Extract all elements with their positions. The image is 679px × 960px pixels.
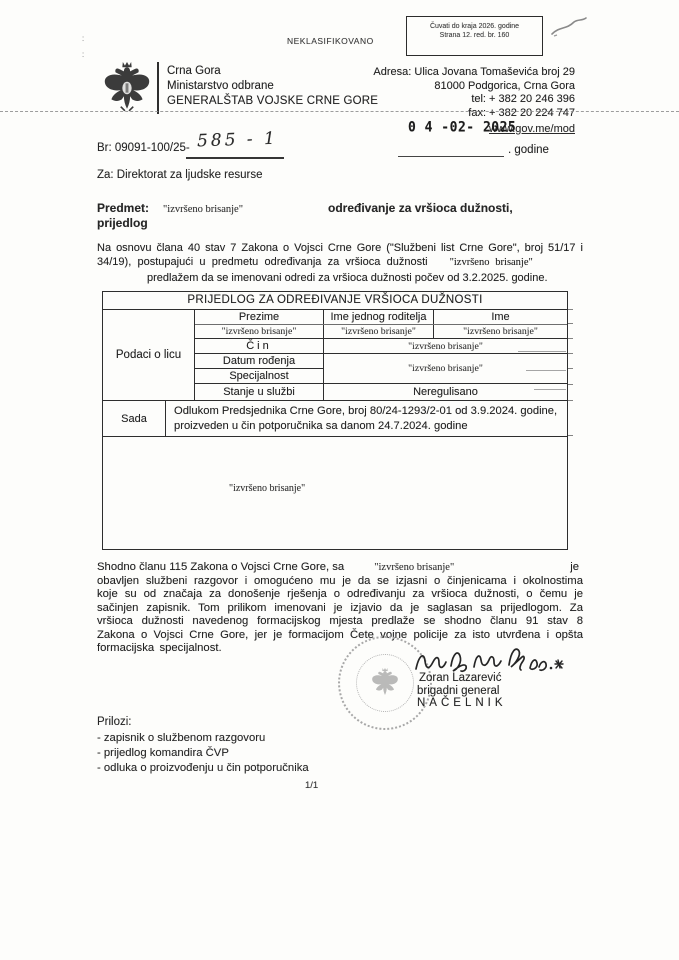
letterhead-divider xyxy=(157,62,159,114)
table-title: PRIJEDLOG ZA ODREĐIVANJE VRŠIOCA DUŽNOST… xyxy=(103,292,567,310)
subject-title: određivanje za vršioca dužnosti, xyxy=(328,201,513,215)
intro-line-2: 34/19), postupajući u predmetu određivan… xyxy=(97,255,583,270)
attachment-item: - prijedlog komandira ČVP xyxy=(97,747,229,759)
recipient-line: Za: Direktorat za ljudske resurse xyxy=(97,169,263,181)
date-suffix: . godine xyxy=(508,144,549,156)
city-line: 81000 Podgorica, Crna Gora xyxy=(320,80,575,94)
intro-paragraph: Na osnovu člana 40 stav 7 Zakona o Vojsc… xyxy=(97,241,583,285)
handwritten-reference-number: 585 - 1 xyxy=(197,129,278,152)
table-person-data-label: Podaci o licu xyxy=(103,310,195,400)
table-note-cell: "izvršeno brisanje" xyxy=(103,436,567,549)
subject-title-line2: prijedlog xyxy=(97,216,148,230)
date-blank-line xyxy=(398,156,504,157)
header-surname: Prezime xyxy=(195,310,323,324)
scan-artifact-line xyxy=(568,338,573,339)
coat-of-arms-icon xyxy=(101,61,153,115)
body-line-1-start: Shodno članu 115 Zakona o Vojsci Crne Go… xyxy=(97,561,344,575)
body-line-1-end: je xyxy=(570,561,583,575)
scan-artifact-line xyxy=(526,370,566,371)
pen-mark-icon xyxy=(548,14,594,42)
body-line-1-redaction: "izvršeno brisanje" xyxy=(374,561,454,575)
stamp-inner-ring xyxy=(356,654,414,712)
body-line-1: Shodno članu 115 Zakona o Vojsci Crne Go… xyxy=(97,561,583,575)
table-birth-specialty-rows: Datum rođenja Specijalnost "izvršeno bri… xyxy=(195,354,567,384)
header-parent-name: Ime jednog roditelja xyxy=(323,310,433,324)
scan-artifact-line xyxy=(568,435,573,436)
attachment-item: - zapisnik o službenom razgovoru xyxy=(97,732,265,744)
table-service-row: Stanje u službi Neregulisano xyxy=(195,384,567,400)
subject-label: Predmet: xyxy=(97,201,149,215)
rank-label: Čin xyxy=(195,339,323,353)
scan-artifact-line xyxy=(568,353,573,354)
scan-artifact-line xyxy=(518,351,566,352)
fax-line: fax: + 382 20 224 747 xyxy=(320,107,575,121)
reference-number-label: Br: 09091-100/25- xyxy=(97,142,190,154)
value-parent-name: "izvršeno brisanje" xyxy=(323,325,433,338)
signatory-rank: brigadni general xyxy=(417,685,499,697)
table-header-row: Prezime Ime jednog roditelja Ime xyxy=(195,310,567,325)
signatory-title: NAČELNIK xyxy=(417,697,507,709)
scan-artifact-line xyxy=(568,384,573,385)
scan-artifact-line xyxy=(568,323,573,324)
tel-line: tel: + 382 20 246 396 xyxy=(320,93,575,107)
birth-specialty-value: "izvršeno brisanje" xyxy=(323,354,567,383)
subject-redaction: "izvršeno brisanje" xyxy=(163,204,243,215)
stamp-coat-of-arms-icon xyxy=(370,667,400,699)
signatory-name: Zoran Lazarević xyxy=(419,672,501,684)
service-status-label: Stanje u službi xyxy=(195,384,323,400)
scan-speck: : xyxy=(82,50,84,59)
value-first-name: "izvršeno brisanje" xyxy=(433,325,567,338)
retention-line-2: Strana 12. red. br. 160 xyxy=(407,31,542,40)
table-values-row: "izvršeno brisanje" "izvršeno brisanje" … xyxy=(195,325,567,339)
page-number: 1/1 xyxy=(305,780,318,791)
retention-line-1: Čuvati do kraja 2026. godine xyxy=(407,22,542,31)
intro-line-3: predlažem da se imenovani odredi za vrši… xyxy=(97,271,583,285)
reference-underline xyxy=(186,157,284,159)
table-rank-row: Čin "izvršeno brisanje" xyxy=(195,339,567,354)
proposal-table: PRIJEDLOG ZA ODREĐIVANJE VRŠIOCA DUŽNOST… xyxy=(102,291,568,550)
received-date-stamp: 0 4 -02- 2025 xyxy=(408,119,516,135)
table-current-row: Sada Odlukom Predsjednika Crne Gore, bro… xyxy=(103,400,567,436)
classification-marking: NEKLASIFIKOVANO xyxy=(287,36,374,46)
scan-artifact-line xyxy=(568,368,573,369)
scan-artifact-line xyxy=(534,389,566,390)
attachment-item: - odluka o proizvođenju u čin potporučni… xyxy=(97,762,309,774)
intro-line-2-redaction: "izvršeno brisanje" xyxy=(450,257,533,268)
current-label: Sada xyxy=(103,401,166,436)
header-first-name: Ime xyxy=(433,310,567,324)
scan-artifact-line xyxy=(568,309,573,310)
retention-note-box: Čuvati do kraja 2026. godine Strana 12. … xyxy=(406,16,543,56)
current-value: Odlukom Predsjednika Crne Gore, broj 80/… xyxy=(166,401,567,436)
scan-speck: : xyxy=(82,34,84,43)
scanned-document-page: NEKLASIFIKOVANO Čuvati do kraja 2026. go… xyxy=(0,0,679,960)
scan-artifact-line xyxy=(568,400,573,401)
birth-date-label: Datum rođenja xyxy=(195,354,323,369)
value-surname: "izvršeno brisanje" xyxy=(195,325,323,338)
intro-line-2-text: 34/19), postupajući u predmetu određivan… xyxy=(97,256,428,268)
address-line: Adresa: Ulica Jovana Tomaševića broj 29 xyxy=(320,66,575,80)
intro-line-1: Na osnovu člana 40 stav 7 Zakona o Vojsc… xyxy=(97,241,583,255)
letterhead-rule xyxy=(0,111,679,112)
attachments-label: Prilozi: xyxy=(97,716,132,728)
service-status-value: Neregulisano xyxy=(323,384,567,400)
note-redaction: "izvršeno brisanje" xyxy=(229,483,305,494)
specialty-label: Specijalnost xyxy=(195,369,323,383)
